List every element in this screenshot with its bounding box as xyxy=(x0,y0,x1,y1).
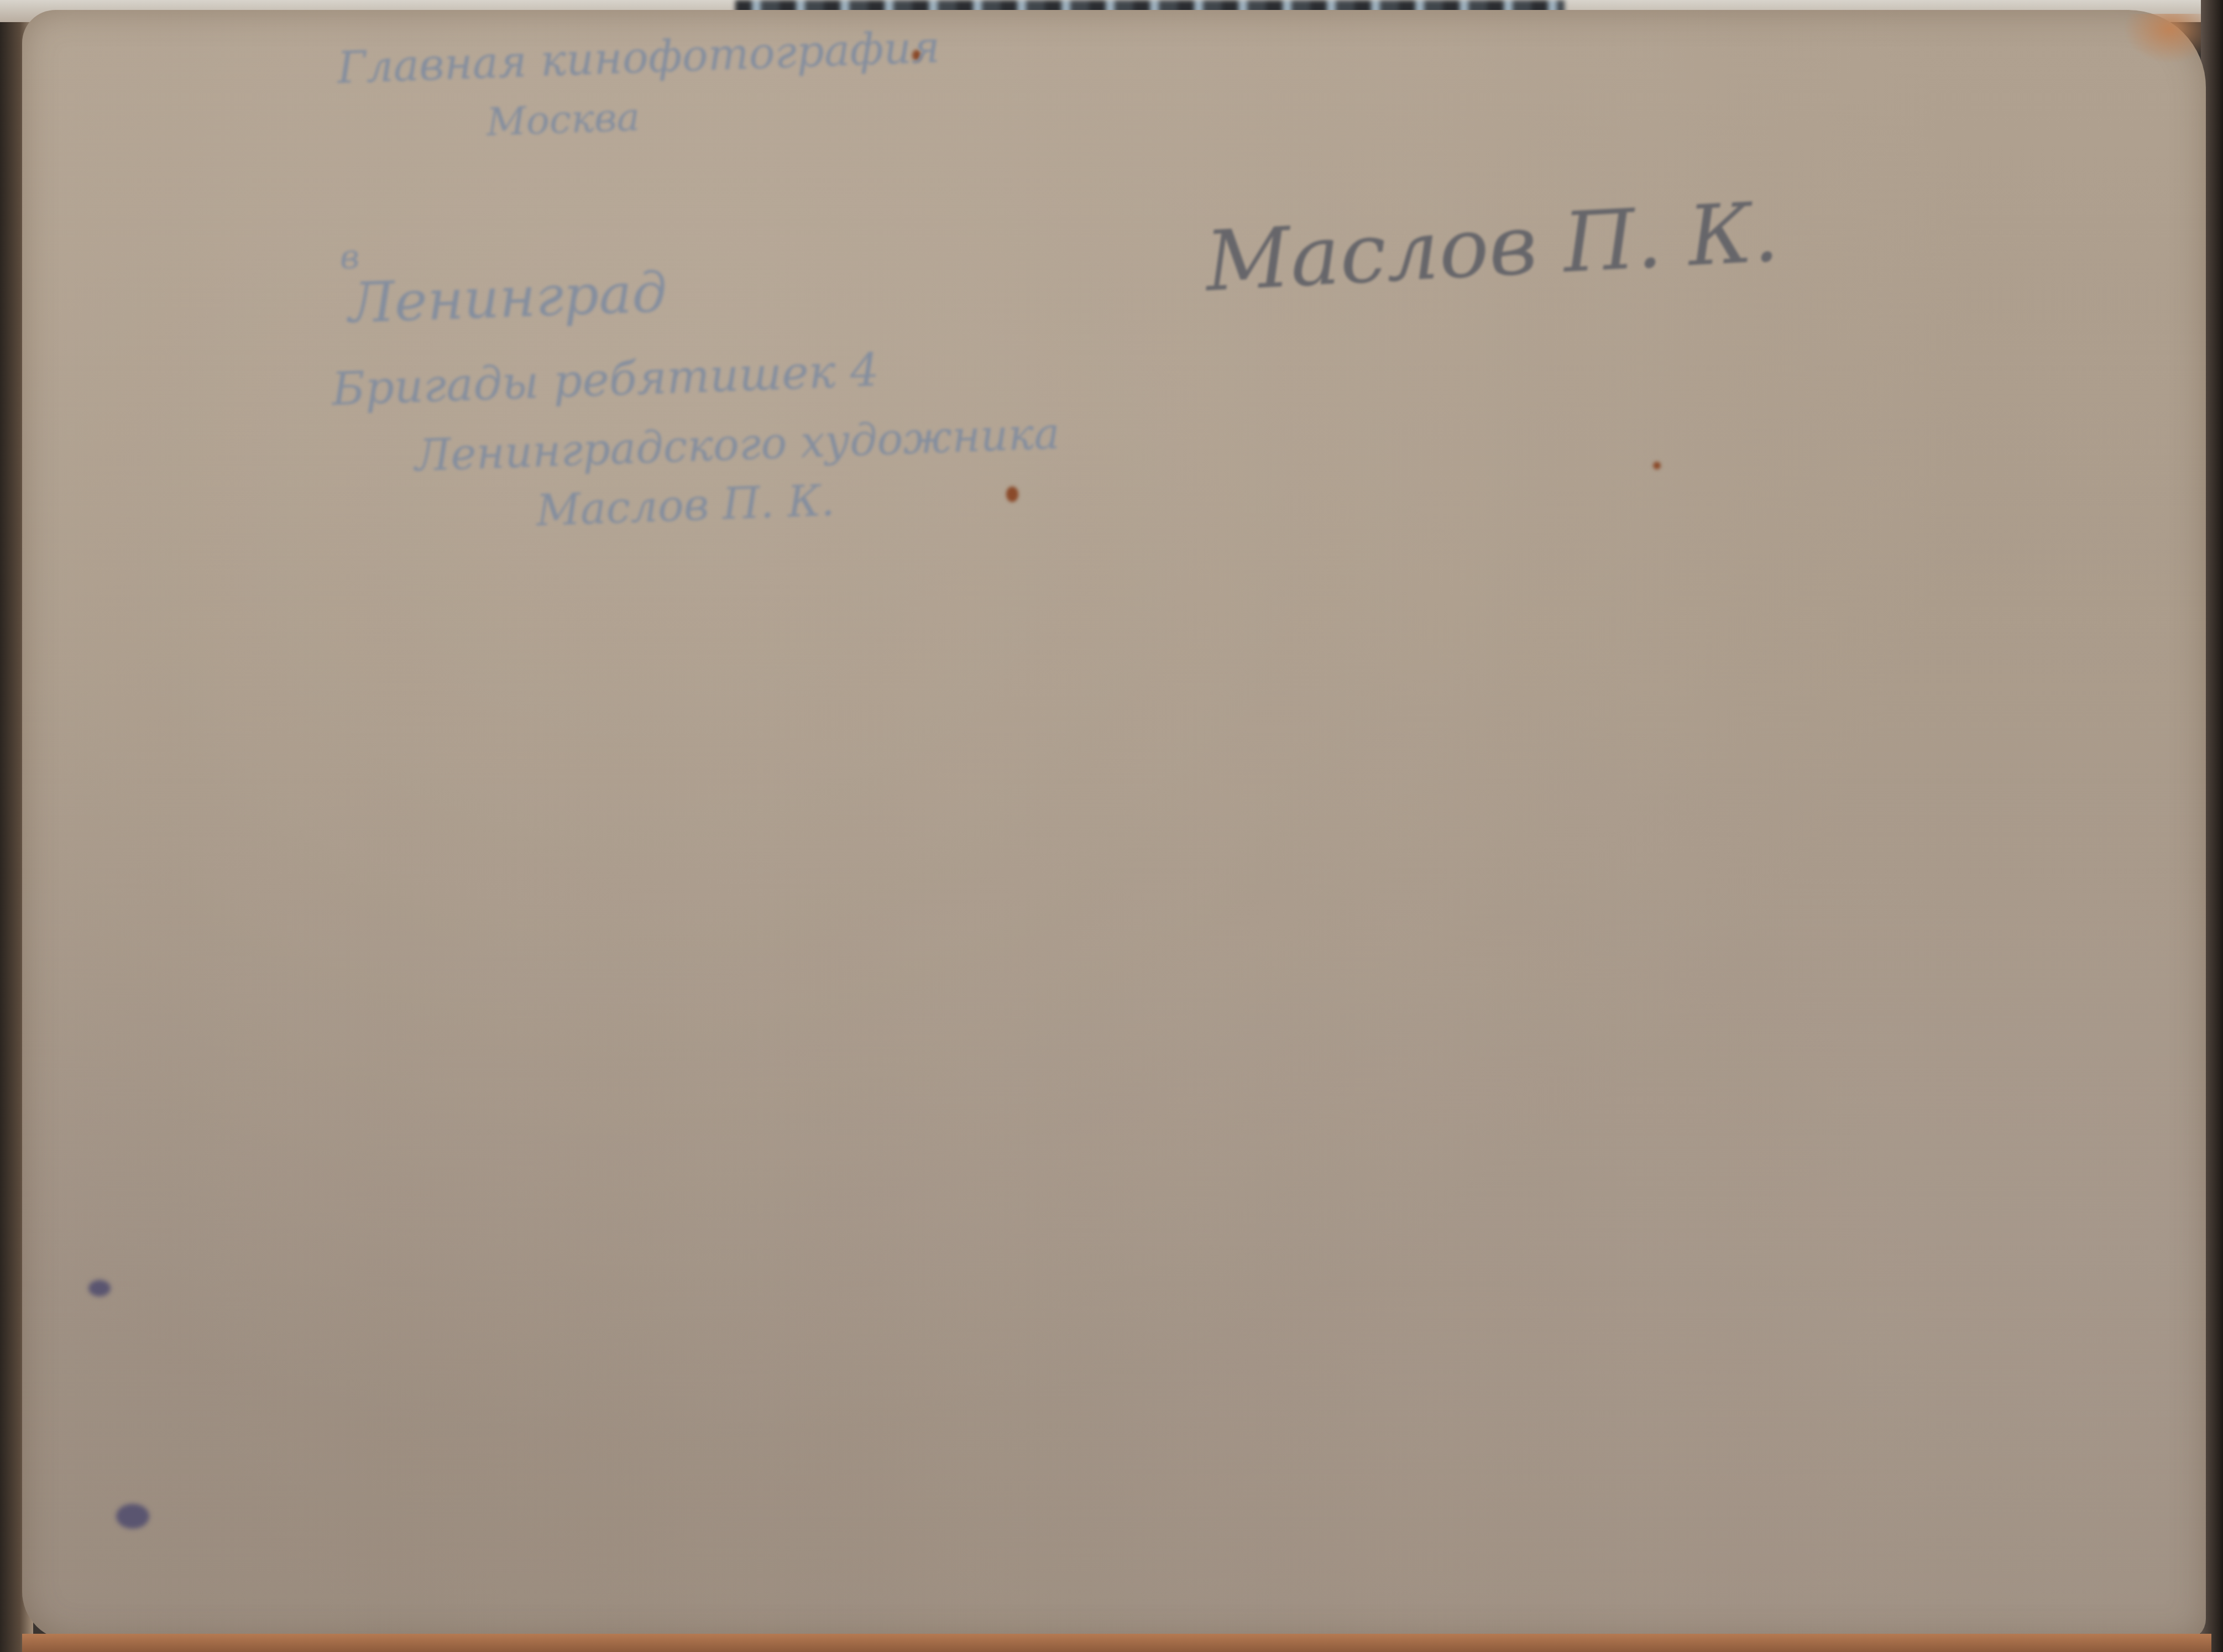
corner-stain xyxy=(2123,14,2201,64)
inscription-line-4: Маслов П. К. xyxy=(536,476,835,536)
inscription-city: Ленинград xyxy=(347,260,668,336)
rust-spot xyxy=(1653,462,1661,469)
ink-blot xyxy=(88,1280,111,1296)
rust-spot xyxy=(1006,487,1018,502)
board-bottom-edge xyxy=(22,1634,2211,1652)
inscription-top-subtitle: Москва xyxy=(486,94,641,145)
ink-blot xyxy=(116,1504,149,1529)
